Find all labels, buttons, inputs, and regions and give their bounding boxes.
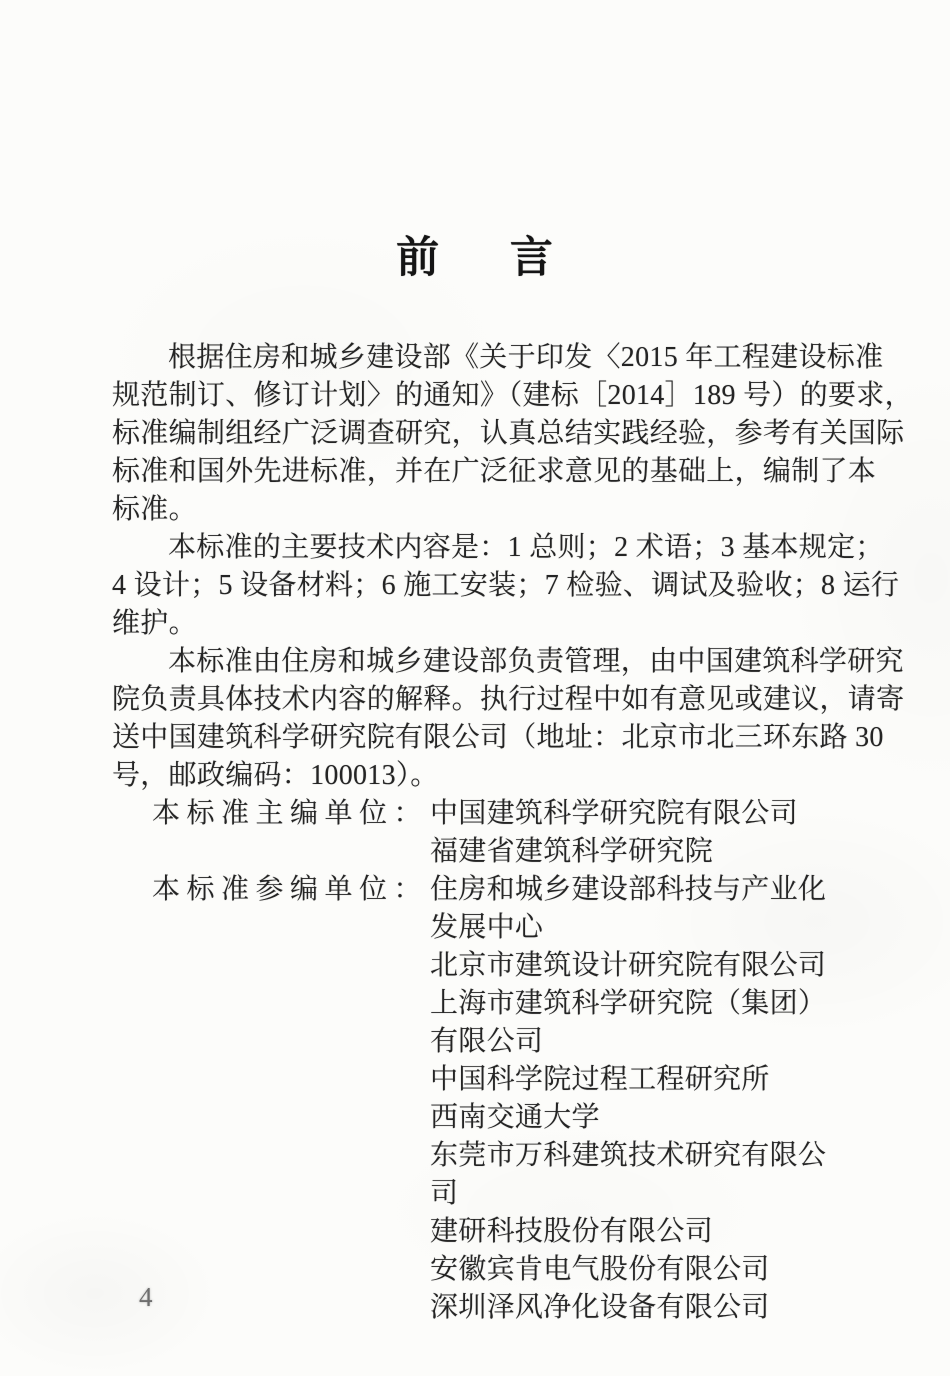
text-line: 院负责具体技术内容的解释。执行过程中如有意见或建议，请寄: [112, 681, 852, 719]
chief-editor-units: 中国建筑科学研究院有限公司 福建省建筑科学研究院: [430, 795, 852, 871]
document-page: 前 言 根据住房和城乡建设部《关于印发〈2015 年工程建设标准 规范制订、修订…: [0, 0, 950, 1376]
text-line: 标准编制组经广泛调查研究，认真总结实践经验，参考有关国际: [112, 415, 852, 453]
unit-item: 建研科技股份有限公司: [430, 1213, 852, 1251]
text-line: 号，邮政编码：100013）。: [112, 757, 852, 795]
text-line: 标准和国外先进标准，并在广泛征求意见的基础上，编制了本: [112, 453, 852, 491]
participating-label: 本标准参编单位：: [152, 871, 430, 909]
text-line: 标准。: [112, 491, 852, 529]
text-line: 4 设计；5 设备材料；6 施工安装；7 检验、调试及验收；8 运行: [112, 567, 852, 605]
unit-item: 安徽宾肯电气股份有限公司: [430, 1251, 852, 1289]
participating-units: 住房和城乡建设部科技与产业化发展中心 北京市建筑设计研究院有限公司 上海市建筑科…: [430, 871, 852, 1327]
unit-item: 深圳泽风净化设备有限公司: [430, 1289, 852, 1327]
unit-item: 中国建筑科学研究院有限公司: [430, 795, 852, 833]
text-line: 维护。: [112, 605, 852, 643]
text-line: 本标准的主要技术内容是：1 总则；2 术语；3 基本规定；: [112, 529, 852, 567]
page-number: 4: [139, 1282, 153, 1313]
chief-editor-section: 本标准主编单位： 中国建筑科学研究院有限公司 福建省建筑科学研究院: [112, 795, 852, 871]
unit-item: 西南交通大学: [430, 1099, 852, 1137]
paragraph-contents: 本标准的主要技术内容是：1 总则；2 术语；3 基本规定； 4 设计；5 设备材…: [112, 529, 852, 643]
text-line: 根据住房和城乡建设部《关于印发〈2015 年工程建设标准: [112, 339, 852, 377]
text-line: 送中国建筑科学研究院有限公司（地址：北京市北三环东路 30: [112, 719, 852, 757]
unit-item: 住房和城乡建设部科技与产业化发展中心: [430, 871, 852, 947]
unit-item: 福建省建筑科学研究院: [430, 833, 852, 871]
unit-item: 上海市建筑科学研究院（集团）有限公司: [430, 985, 852, 1061]
page-title: 前 言: [0, 224, 950, 285]
paragraph-management: 本标准由住房和城乡建设部负责管理，由中国建筑科学研究 院负责具体技术内容的解释。…: [112, 643, 852, 795]
foreword-body: 根据住房和城乡建设部《关于印发〈2015 年工程建设标准 规范制订、修订计划〉的…: [112, 339, 852, 1327]
unit-item: 北京市建筑设计研究院有限公司: [430, 947, 852, 985]
text-line: 规范制订、修订计划〉的通知》（建标［2014］189 号）的要求，: [112, 377, 852, 415]
participating-section: 本标准参编单位： 住房和城乡建设部科技与产业化发展中心 北京市建筑设计研究院有限…: [112, 871, 852, 1327]
text-line: 本标准由住房和城乡建设部负责管理，由中国建筑科学研究: [112, 643, 852, 681]
chief-editor-label: 本标准主编单位：: [152, 795, 430, 833]
unit-item: 东莞市万科建筑技术研究有限公司: [430, 1137, 852, 1213]
unit-item: 中国科学院过程工程研究所: [430, 1061, 852, 1099]
paragraph-basis: 根据住房和城乡建设部《关于印发〈2015 年工程建设标准 规范制订、修订计划〉的…: [112, 339, 852, 529]
